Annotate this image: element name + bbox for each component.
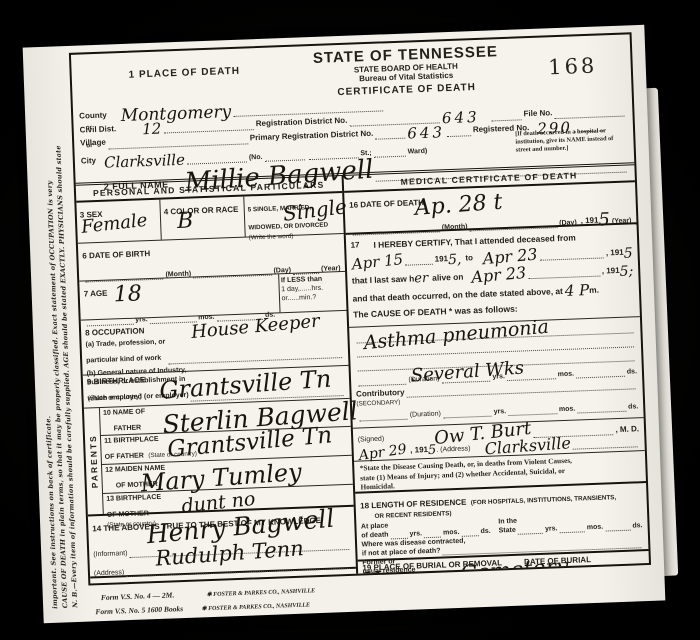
if-less-label3: or......min.? xyxy=(281,292,343,303)
duration-mos: mos. xyxy=(558,370,575,380)
ward-label: Ward) xyxy=(408,147,428,157)
certify-year1-hw: 5, xyxy=(448,255,462,264)
marital-value: Single xyxy=(282,200,347,220)
death-time-hw: 4 P xyxy=(565,286,590,296)
signed-date-hw: Apr 29 xyxy=(358,445,407,460)
md-label: , M. D. xyxy=(615,424,639,435)
certify-to-word: to xyxy=(465,253,473,264)
certify-year2-hw: 5 xyxy=(624,249,633,258)
birthplace-value: Grantsville Tn xyxy=(159,372,332,399)
mother-name-value: Mary Tumley xyxy=(140,465,302,491)
last-saw-year-hw: 5; xyxy=(619,267,633,276)
dotted-line xyxy=(359,417,408,422)
in-ds: ds. xyxy=(632,521,642,530)
certificate-form: 1 PLACE OF DEATH STATE OF TENNESSEE STAT… xyxy=(69,32,651,585)
certify-number: 17 xyxy=(350,240,359,251)
dod-month-label: (Month) xyxy=(442,222,468,232)
death-time-suffix: m. xyxy=(589,285,599,295)
form-columns: PERSONAL AND STATISTICAL PARTICULARS 3 S… xyxy=(76,162,649,583)
residence-label: 18 LENGTH OF RESIDENCE xyxy=(360,498,467,511)
color-race-value: B xyxy=(177,214,194,228)
printer-credit-line2: ✱ FOSTER & PARKES CO., NASHVILLE xyxy=(202,602,311,612)
birthplace-sub-label: (State or country) xyxy=(87,394,141,403)
duration-ds: ds. xyxy=(627,367,637,376)
signed-address-value: Clarksville xyxy=(484,439,571,455)
in-state-label2: State xyxy=(499,526,516,536)
signed-year-printed: , 191 xyxy=(410,445,428,456)
cause-of-death-label: The CAUSE OF DEATH * was as follows: xyxy=(353,304,518,320)
primary-registration-value: 643 xyxy=(407,128,445,138)
dod-year-label: (Year) xyxy=(612,216,632,226)
certify-year1-printed: 191 xyxy=(434,254,448,265)
dotted-line xyxy=(443,414,492,419)
date-of-death-label: 16 DATE OF DEATH xyxy=(349,198,424,210)
duration2-yrs: yrs. xyxy=(494,407,507,417)
dotted-line xyxy=(508,411,557,416)
sex-value: Female xyxy=(81,216,148,234)
registration-district-value: 643 xyxy=(442,113,480,123)
registered-no-value: 290 xyxy=(537,123,572,133)
certify-year2-printed: , 191 xyxy=(606,247,624,258)
occupation-a-label1: (a) Trade, profession, or xyxy=(85,338,165,350)
at-yrs: yrs. xyxy=(409,529,422,539)
civil-dist-value: 12 xyxy=(142,124,161,134)
dotted-line xyxy=(577,409,626,414)
duration2-mos: mos. xyxy=(559,404,576,414)
county-label: County xyxy=(79,111,107,122)
burial-year-hw: 5 xyxy=(634,575,645,584)
father-name-label2: FATHER xyxy=(114,425,142,433)
alive-on-label: alive on xyxy=(432,272,464,283)
at-ds: ds. xyxy=(480,527,490,536)
residence-sub1: (FOR HOSPITALS, INSTITUTIONS, TRANSIENTS… xyxy=(471,494,617,506)
medical-section: MEDICAL CERTIFICATE OF DEATH 16 DATE OF … xyxy=(343,165,649,573)
in-mos: mos. xyxy=(587,523,604,533)
duration2-label: (Duration) xyxy=(410,409,441,419)
certify-to-value: Apr 23 xyxy=(483,250,539,264)
burial-date-value: 4/9 xyxy=(523,577,552,584)
informant-value: Henry Bagwell xyxy=(146,511,335,543)
last-saw-year-printed: , 191 xyxy=(602,265,620,276)
certificate-stamp-number: 168 xyxy=(548,54,598,80)
signed-year-hw: 5 xyxy=(428,447,437,455)
county-value: Montgomery xyxy=(121,107,232,121)
parents-label: PARENTS xyxy=(87,434,99,488)
color-race-label: 4 COLOR OR RACE xyxy=(164,205,239,217)
file-no-label: File No. xyxy=(523,109,552,120)
dod-year-hw: 5 xyxy=(598,215,610,226)
city-label: City xyxy=(81,156,96,166)
contributory-label: Contributory xyxy=(356,387,405,399)
scanner-background: N. B.—Every item of information should b… xyxy=(0,0,700,640)
signed-label: (Signed) xyxy=(358,435,385,445)
or-label: or xyxy=(86,124,106,133)
death-certificate-card: N. B.—Every item of information should b… xyxy=(23,25,666,623)
certify-from-value: Apr 15 xyxy=(351,255,403,269)
personal-section: PERSONAL AND STATISTICAL PARTICULARS 3 S… xyxy=(76,176,358,584)
mother-birthplace-value: dunt no xyxy=(181,494,256,513)
occupation-a-label2: particular kind of work xyxy=(86,355,161,365)
last-saw-date-value: Apr 23 xyxy=(471,268,527,282)
street-no-label: (No. xyxy=(249,153,263,163)
dotted-line xyxy=(555,582,615,583)
date-of-death-value: Ap. 28 t xyxy=(414,196,503,215)
informant-label: (Informant) xyxy=(93,549,128,559)
father-birthplace-label2: OF FATHER xyxy=(105,453,144,461)
cause-duration-value: Several Wks xyxy=(410,363,524,382)
age-value: 18 xyxy=(114,287,142,301)
dob-label: 6 DATE OF BIRTH xyxy=(82,249,150,260)
in-yrs: yrs. xyxy=(545,524,558,534)
dod-year-printed: , 191 xyxy=(581,216,599,227)
age-label: 7 AGE xyxy=(84,289,108,299)
dotted-line xyxy=(573,444,638,449)
contributory-sub-label: (SECONDARY) xyxy=(356,399,400,408)
dod-day-label: (Day) xyxy=(559,218,577,228)
burial-year-printed: , 191 xyxy=(616,574,634,583)
last-saw-her-hw: er xyxy=(414,275,428,283)
or-label: or xyxy=(86,142,95,150)
duration2-ds: ds. xyxy=(628,402,638,411)
occupation-label: 8 OCCUPATION xyxy=(85,326,145,337)
city-value: Clarksville xyxy=(104,156,185,168)
form-number-line2: Form V.S. No. 5 1600 Books xyxy=(95,604,183,616)
place-of-death-label: 1 PLACE OF DEATH xyxy=(129,66,241,81)
